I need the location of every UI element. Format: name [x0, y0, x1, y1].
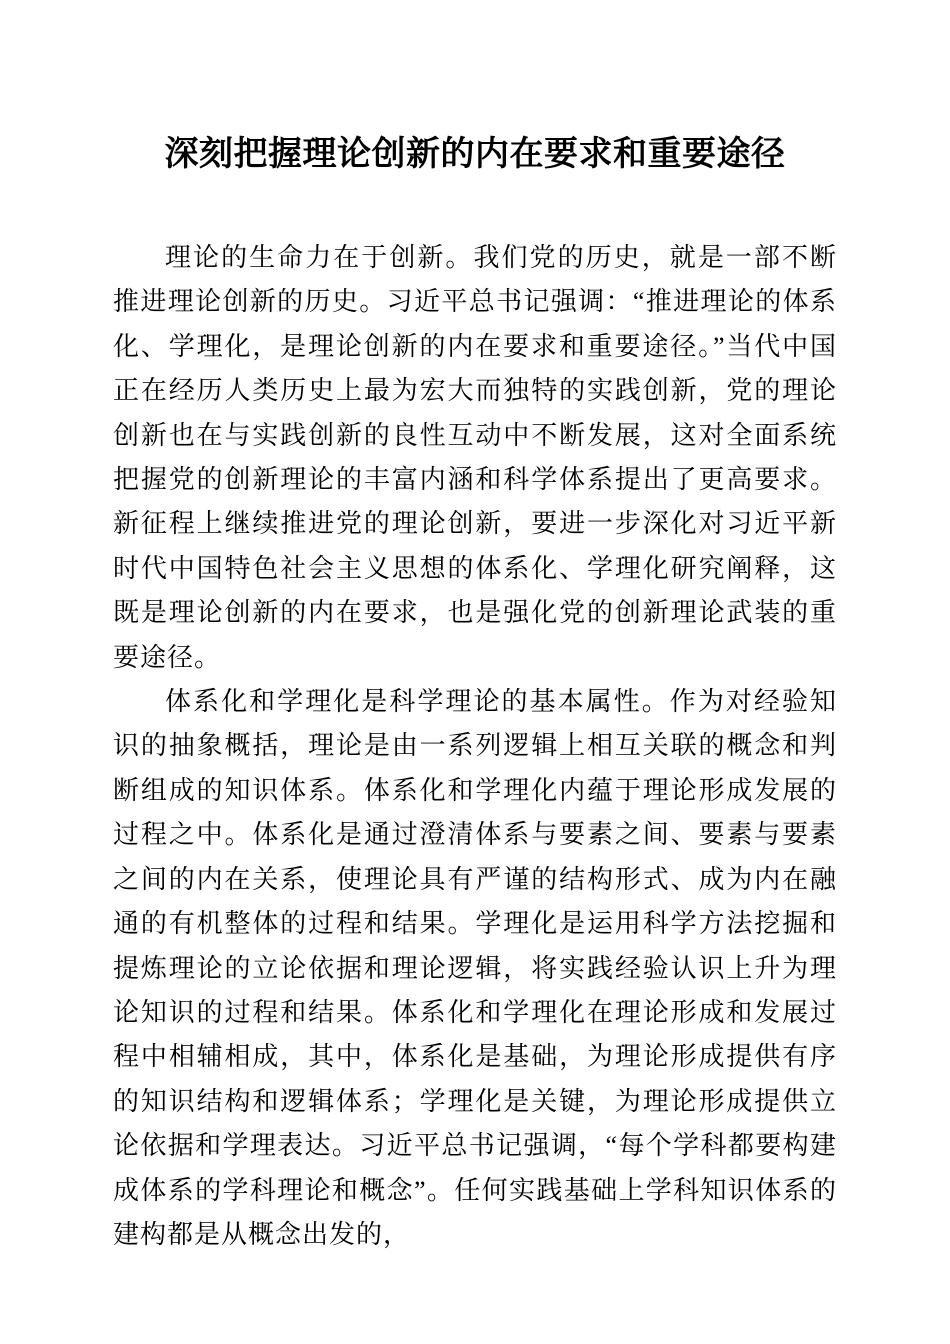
document-title: 深刻把握理论创新的内在要求和重要途径	[60, 130, 890, 180]
document-page: 深刻把握理论创新的内在要求和重要途径 理论的生命力在于创新。我们党的历史，就是一…	[0, 0, 950, 1344]
paragraph-2: 体系化和学理化是科学理论的基本属性。作为对经验知识的抽象概括，理论是由一系列逻辑…	[113, 680, 837, 1257]
paragraph-1: 理论的生命力在于创新。我们党的历史，就是一部不断推进理论创新的历史。习近平总书记…	[113, 236, 837, 680]
document-body: 理论的生命力在于创新。我们党的历史，就是一部不断推进理论创新的历史。习近平总书记…	[113, 236, 837, 1257]
